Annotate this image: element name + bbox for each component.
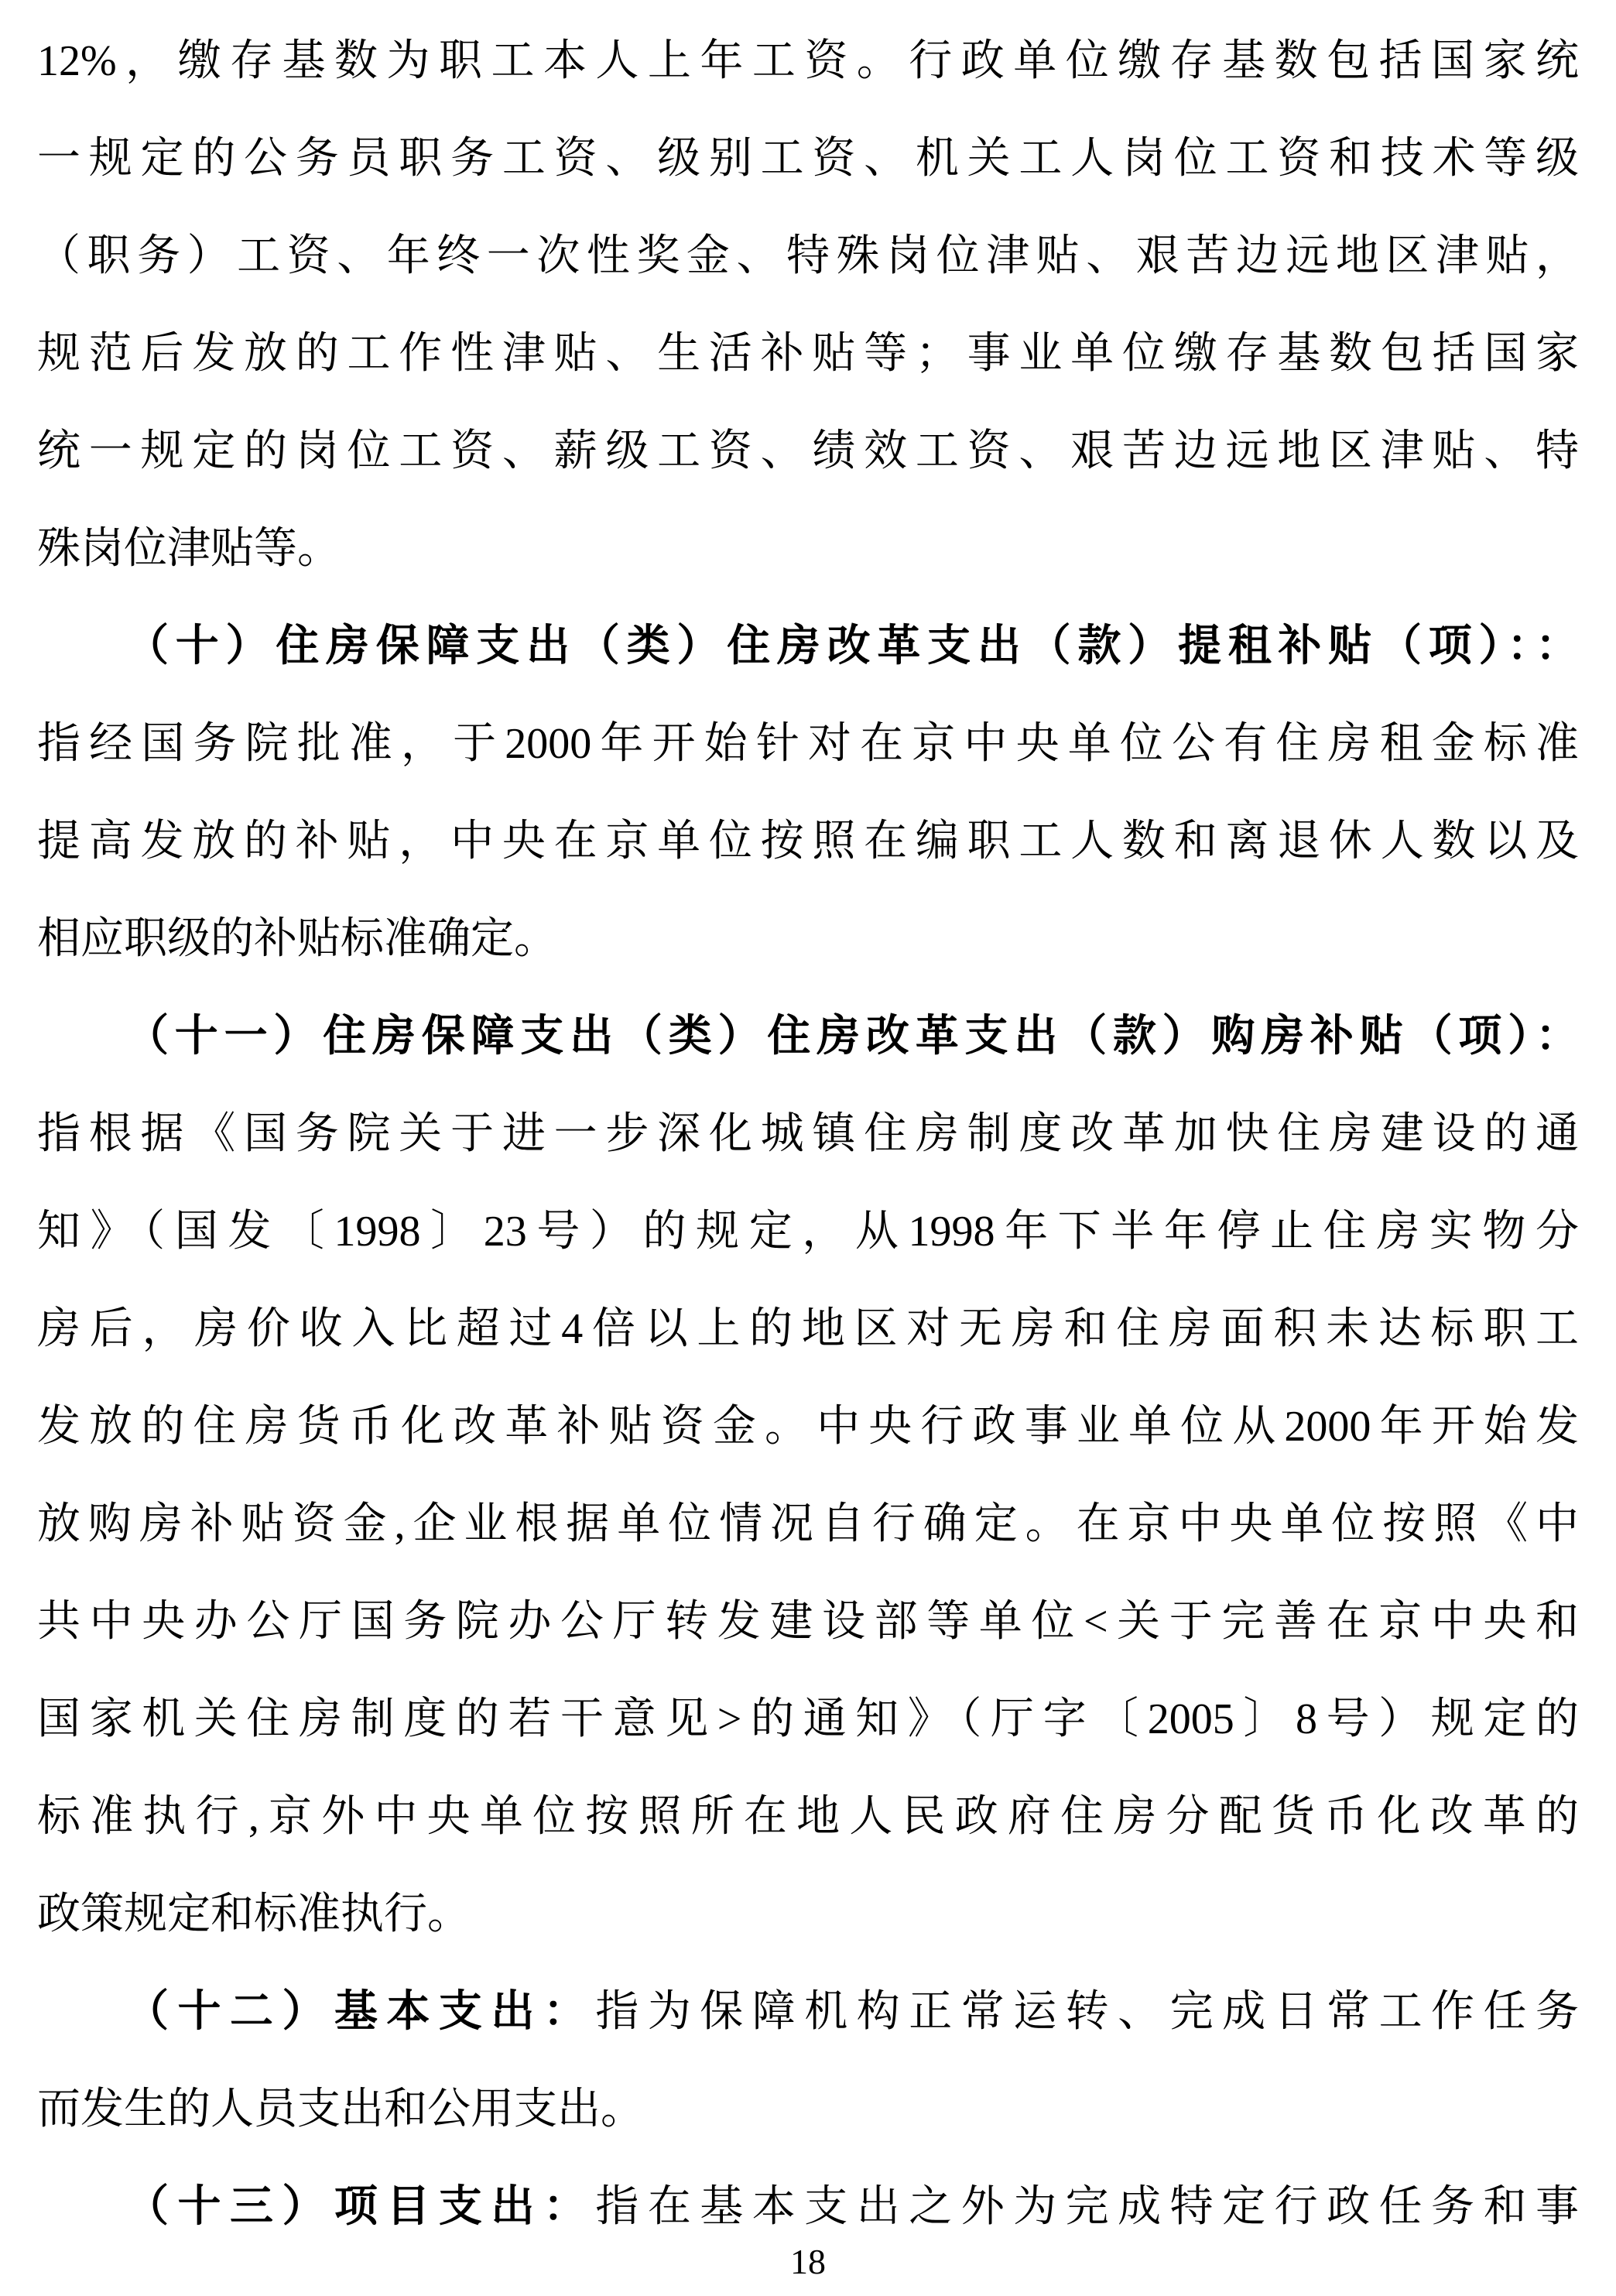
text-line: （十二）基本支出：指为保障机构正常运转、完成日常工作任务	[37, 1963, 1579, 2061]
text-line: （职务）工资、年终一次性奖金、特殊岗位津贴、艰苦边远地区津贴，	[37, 207, 1579, 305]
page-number: 18	[0, 2239, 1616, 2285]
text-line: 房后，房价收入比超过4倍以上的地区对无房和住房面积未达标职工	[37, 1280, 1579, 1378]
body-text: 指为保障机构正常运转、完成日常工作任务	[595, 1988, 1579, 2036]
body-text: 殊岗位津贴等。	[37, 525, 341, 573]
text-line: 放购房补贴资金,企业根据单位情况自行确定。在京中央单位按照《中	[37, 1475, 1579, 1573]
body-text: 放购房补贴资金,企业根据单位情况自行确定。在京中央单位按照《中	[37, 1500, 1579, 1548]
text-line: 提高发放的补贴，中央在京单位按照在编职工人数和离退休人数以及	[37, 793, 1579, 890]
text-line: 相应职级的补贴标准确定。	[37, 890, 1579, 988]
document-lines: 12%，缴存基数为职工本人上年工资。行政单位缴存基数包括国家统一规定的公务员职务…	[37, 12, 1579, 2256]
heading-text: （十三）项目支出：	[125, 2183, 595, 2231]
text-line: 一规定的公务员职务工资、级别工资、机关工人岗位工资和技术等级	[37, 110, 1579, 207]
document-page: 12%，缴存基数为职工本人上年工资。行政单位缴存基数包括国家统一规定的公务员职务…	[0, 0, 1616, 2296]
text-line: 指根据《国务院关于进一步深化城镇住房制度改革加快住房建设的通	[37, 1085, 1579, 1183]
text-line: （十）住房保障支出（类）住房改革支出（款）提租补贴（项）：：	[37, 598, 1579, 695]
text-line: 统一规定的岗位工资、薪级工资、绩效工资、艰苦边远地区津贴、特	[37, 403, 1579, 500]
text-line: 知》（国发〔1998〕23号）的规定，从1998年下半年停止住房实物分	[37, 1183, 1579, 1280]
body-text: 指在基本支出之外为完成特定行政任务和事	[595, 2183, 1579, 2231]
body-text: 统一规定的岗位工资、薪级工资、绩效工资、艰苦边远地区津贴、特	[37, 427, 1579, 475]
text-line: 指经国务院批准，于2000年开始针对在京中央单位公有住房租金标准	[37, 695, 1579, 793]
heading-text: （十二）基本支出：	[125, 1988, 595, 2036]
body-text: （职务）工资、年终一次性奖金、特殊岗位津贴、艰苦边远地区津贴，	[37, 232, 1579, 280]
body-text: 相应职级的补贴标准确定。	[37, 915, 557, 963]
text-line: 共中央办公厅国务院办公厅转发建设部等单位<关于完善在京中央和	[37, 1573, 1579, 1671]
body-text: 政策规定和标准执行。	[37, 1890, 471, 1938]
text-line: 政策规定和标准执行。	[37, 1866, 1579, 1963]
text-line: 规范后发放的工作性津贴、生活补贴等；事业单位缴存基数包括国家	[37, 305, 1579, 403]
text-line: 而发生的人员支出和公用支出。	[37, 2061, 1579, 2158]
body-text: 发放的住房货币化改革补贴资金。中央行政事业单位从2000年开始发	[37, 1403, 1579, 1451]
body-text: 12%，缴存基数为职工本人上年工资。行政单位缴存基数包括国家统	[37, 37, 1579, 85]
body-text: 一规定的公务员职务工资、级别工资、机关工人岗位工资和技术等级	[37, 135, 1579, 183]
text-line: 国家机关住房制度的若干意见>的通知》（厅字〔2005〕8号）规定的	[37, 1671, 1579, 1768]
text-line: 12%，缴存基数为职工本人上年工资。行政单位缴存基数包括国家统	[37, 12, 1579, 110]
body-text: 房后，房价收入比超过4倍以上的地区对无房和住房面积未达标职工	[37, 1305, 1579, 1353]
body-text: 国家机关住房制度的若干意见>的通知》（厅字〔2005〕8号）规定的	[37, 1695, 1579, 1743]
heading-text: （十）住房保障支出（类）住房改革支出（款）提租补贴（项）：：	[125, 622, 1579, 670]
text-line: 殊岗位津贴等。	[37, 500, 1579, 598]
text-line: 发放的住房货币化改革补贴资金。中央行政事业单位从2000年开始发	[37, 1378, 1579, 1475]
heading-text: （十一）住房保障支出（类）住房改革支出（款）购房补贴（项）：	[125, 1013, 1579, 1061]
text-line: 标准执行,京外中央单位按照所在地人民政府住房分配货币化改革的	[37, 1768, 1579, 1866]
body-text: 提高发放的补贴，中央在京单位按照在编职工人数和离退休人数以及	[37, 817, 1579, 865]
body-text: 指经国务院批准，于2000年开始针对在京中央单位公有住房租金标准	[37, 720, 1579, 768]
body-text: 知》（国发〔1998〕23号）的规定，从1998年下半年停止住房实物分	[37, 1208, 1579, 1256]
body-text: 共中央办公厅国务院办公厅转发建设部等单位<关于完善在京中央和	[37, 1598, 1579, 1646]
body-text: 标准执行,京外中央单位按照所在地人民政府住房分配货币化改革的	[37, 1793, 1579, 1841]
text-line: （十一）住房保障支出（类）住房改革支出（款）购房补贴（项）：	[37, 988, 1579, 1085]
body-text: 规范后发放的工作性津贴、生活补贴等；事业单位缴存基数包括国家	[37, 330, 1579, 378]
body-text: 指根据《国务院关于进一步深化城镇住房制度改革加快住房建设的通	[37, 1110, 1579, 1158]
body-text: 而发生的人员支出和公用支出。	[37, 2085, 644, 2133]
